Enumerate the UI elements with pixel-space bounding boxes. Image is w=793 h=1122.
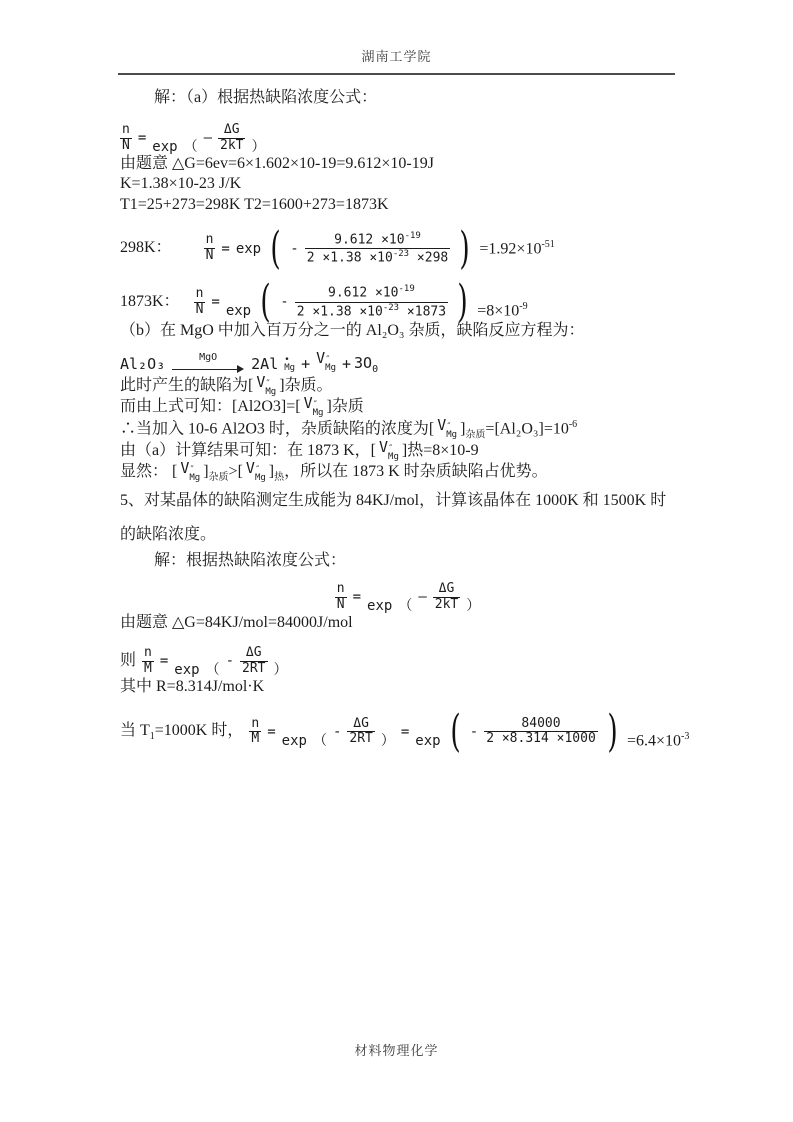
footer-title: 材料物理化学 — [0, 1040, 793, 1059]
open-paren: （ — [206, 661, 220, 679]
defect-produced-line: 此时产生的缺陷为[V″Mg]杂质。 — [120, 376, 695, 397]
minus-sign: - — [333, 723, 341, 741]
minus-sign: - — [226, 652, 234, 670]
formula-defect-concentration-2: n N = exp （ — ΔG 2kT ） — [120, 582, 695, 613]
solution-5-intro: 解：根据热缺陷浓度公式： — [120, 551, 695, 572]
equals-sign: = — [353, 588, 361, 606]
defect-reaction-equation: Al₂O₃ MgO 2Al•Mg + V″Mg + 3O0 — [120, 354, 695, 376]
product-almg-coeff: 2Al — [251, 355, 278, 375]
equals-sign: = — [211, 293, 219, 311]
exp-operator: exp — [367, 597, 392, 615]
open-paren: （ — [184, 138, 198, 156]
minus-sign: - — [470, 723, 478, 741]
concentration-line: ∴当加入 10-6 Al2O3 时，杂质缺陷的浓度为[V″Mg]杂质=[Al₂O… — [120, 418, 695, 441]
fraction-n-over-M: n M — [142, 646, 154, 677]
given-line: 由题意 △G=6ev=6×1.602×10-19=9.612×10-19J — [120, 154, 695, 175]
open-paren: （ — [313, 732, 327, 750]
equals-sign: = — [138, 129, 146, 147]
big-open-paren: ( — [271, 230, 281, 267]
equals-sign: = — [221, 240, 229, 258]
fraction-n-over-N: n N — [120, 123, 132, 154]
exp-operator: exp — [174, 661, 199, 679]
big-open-paren: ( — [261, 283, 271, 320]
header-title: 湖南工学院 — [0, 46, 793, 65]
close-paren: ） — [381, 732, 395, 750]
calc-298k-result: =1.92×10-51 — [479, 238, 554, 260]
fraction-dG-over-2kT: ΔG 2kT — [433, 582, 460, 613]
equals-sign: = — [267, 723, 275, 741]
reaction-arrow-group: MgO — [172, 353, 244, 373]
exp-operator: exp — [282, 732, 307, 750]
arrow-condition-label: MgO — [199, 353, 217, 363]
t1-result: =6.4×10-3 — [627, 730, 689, 752]
calc-298k-label: 298K： — [120, 238, 172, 259]
impurity-subscript: 杂质 — [209, 472, 229, 483]
vacancy-symbol: V″Mg — [304, 401, 324, 418]
close-paren: ） — [274, 661, 288, 679]
open-paren: （ — [398, 597, 412, 615]
t1-calculation-row: 当 T1=1000K 时， n M = exp （ - ΔG 2RT ） = e… — [120, 713, 695, 750]
plus-sign: + — [342, 355, 351, 375]
temperature-line: T1=25+273=298K T2=1600+273=1873K — [120, 195, 695, 216]
minus-sign: — — [418, 588, 426, 606]
exp-operator: exp — [152, 138, 177, 156]
calc-298k-row: 298K： n N = exp ( - 9.612 ×10-19 2 ×1.38… — [120, 230, 695, 267]
header-rule — [118, 73, 675, 75]
section-b-intro: （b）在 MgO 中加入百万分之一的 Al₂O₃ 杂质，缺陷反应方程为： — [120, 321, 695, 342]
vacancy-symbol: V″Mg — [256, 380, 276, 397]
calc-1873k-result: =8×10-9 — [477, 300, 527, 322]
exp-operator: exp — [415, 732, 440, 750]
r-constant-line: 其中 R=8.314J/mol·K — [120, 677, 695, 698]
question-5-statement: 5、对某晶体的缺陷测定生成能为 84KJ/mol，计算该晶体在 1000K 和 … — [120, 484, 695, 551]
fraction-dG-over-2RT: ΔG 2RT — [347, 717, 374, 748]
fraction-dG-over-2kT: ΔG 2kT — [218, 123, 245, 154]
minus-sign: - — [290, 240, 298, 258]
minus-sign: — — [204, 129, 212, 147]
from-equation-line: 而由上式可知：[Al2O3]=[V″Mg]杂质 — [120, 397, 695, 418]
fraction-298k: 9.612 ×10-19 2 ×1.38 ×10-23 ×298 — [305, 231, 451, 267]
thermal-subscript: 热 — [274, 472, 284, 483]
k-value-line: K=1.38×10-23 J/K — [120, 174, 695, 195]
vacancy-symbol: V″Mg — [437, 423, 457, 440]
big-close-paren: ) — [457, 283, 467, 320]
vacancy-symbol: V″Mg — [180, 466, 200, 483]
formula-defect-concentration: n N = exp （ — ΔG 2kT ） — [120, 123, 695, 154]
then-label: 则 — [120, 651, 136, 672]
close-paren: ） — [466, 597, 480, 615]
plus-sign: + — [301, 355, 310, 375]
right-arrow-icon — [172, 363, 244, 373]
fraction-n-over-N: n N — [194, 287, 206, 318]
reactant: Al₂O₃ — [120, 355, 165, 375]
t1-label: 当 T1=1000K 时， — [120, 721, 243, 743]
product-oxygen: 3O0 — [354, 354, 378, 376]
then-formula-row: 则 n M = exp （ - ΔG 2RT ） — [120, 646, 695, 677]
solution-a-intro: 解：（a）根据热缺陷浓度公式： — [120, 88, 695, 109]
obviously-line: 显然： [V″Mg]杂质>[V″Mg]热，所以在 1873 K 时杂质缺陷占优势… — [120, 462, 695, 484]
minus-sign: - — [280, 293, 288, 311]
vacancy-symbol: V″Mg — [316, 356, 336, 373]
calc-1873k-row: 1873K： n N = exp ( - 9.612 ×10-19 2 ×1.3… — [120, 283, 695, 320]
almg-defect-symbol: •Mg — [284, 356, 295, 373]
calc-1873k-label: 1873K： — [120, 292, 180, 313]
exp-operator: exp — [236, 240, 261, 258]
big-open-paren: ( — [450, 713, 460, 750]
document-page: 湖南工学院 解：（a）根据热缺陷浓度公式： n N = exp （ — ΔG 2… — [0, 0, 793, 1122]
vacancy-symbol: V″Mg — [379, 445, 399, 462]
vacancy-symbol: V″Mg — [246, 466, 266, 483]
equals-sign: = — [401, 723, 409, 741]
close-paren: ） — [251, 138, 265, 156]
fraction-n-over-N: n N — [204, 233, 216, 264]
exp-operator: exp — [226, 302, 251, 320]
fraction-dG-over-2RT: ΔG 2RT — [240, 646, 267, 677]
given-line-2: 由题意 △G=84KJ/mol=84000J/mol — [120, 613, 695, 634]
fraction-n-over-N: n N — [335, 582, 347, 613]
impurity-subscript: 杂质 — [465, 429, 485, 440]
from-a-result-line: 由（a）计算结果可知：在 1873 K，[V″Mg]热=8×10-9 — [120, 441, 695, 462]
fraction-84000: 84000 2 ×8.314 ×1000 — [484, 717, 598, 748]
equals-sign: = — [160, 652, 168, 670]
big-close-paren: ) — [460, 230, 470, 267]
document-body: 解：（a）根据热缺陷浓度公式： n N = exp （ — ΔG 2kT ） 由… — [120, 88, 695, 751]
fraction-1873k: 9.612 ×10-19 2 ×1.38 ×10-23 ×1873 — [295, 284, 448, 320]
big-close-paren: ) — [607, 713, 617, 750]
fraction-n-over-M: n M — [249, 717, 261, 748]
